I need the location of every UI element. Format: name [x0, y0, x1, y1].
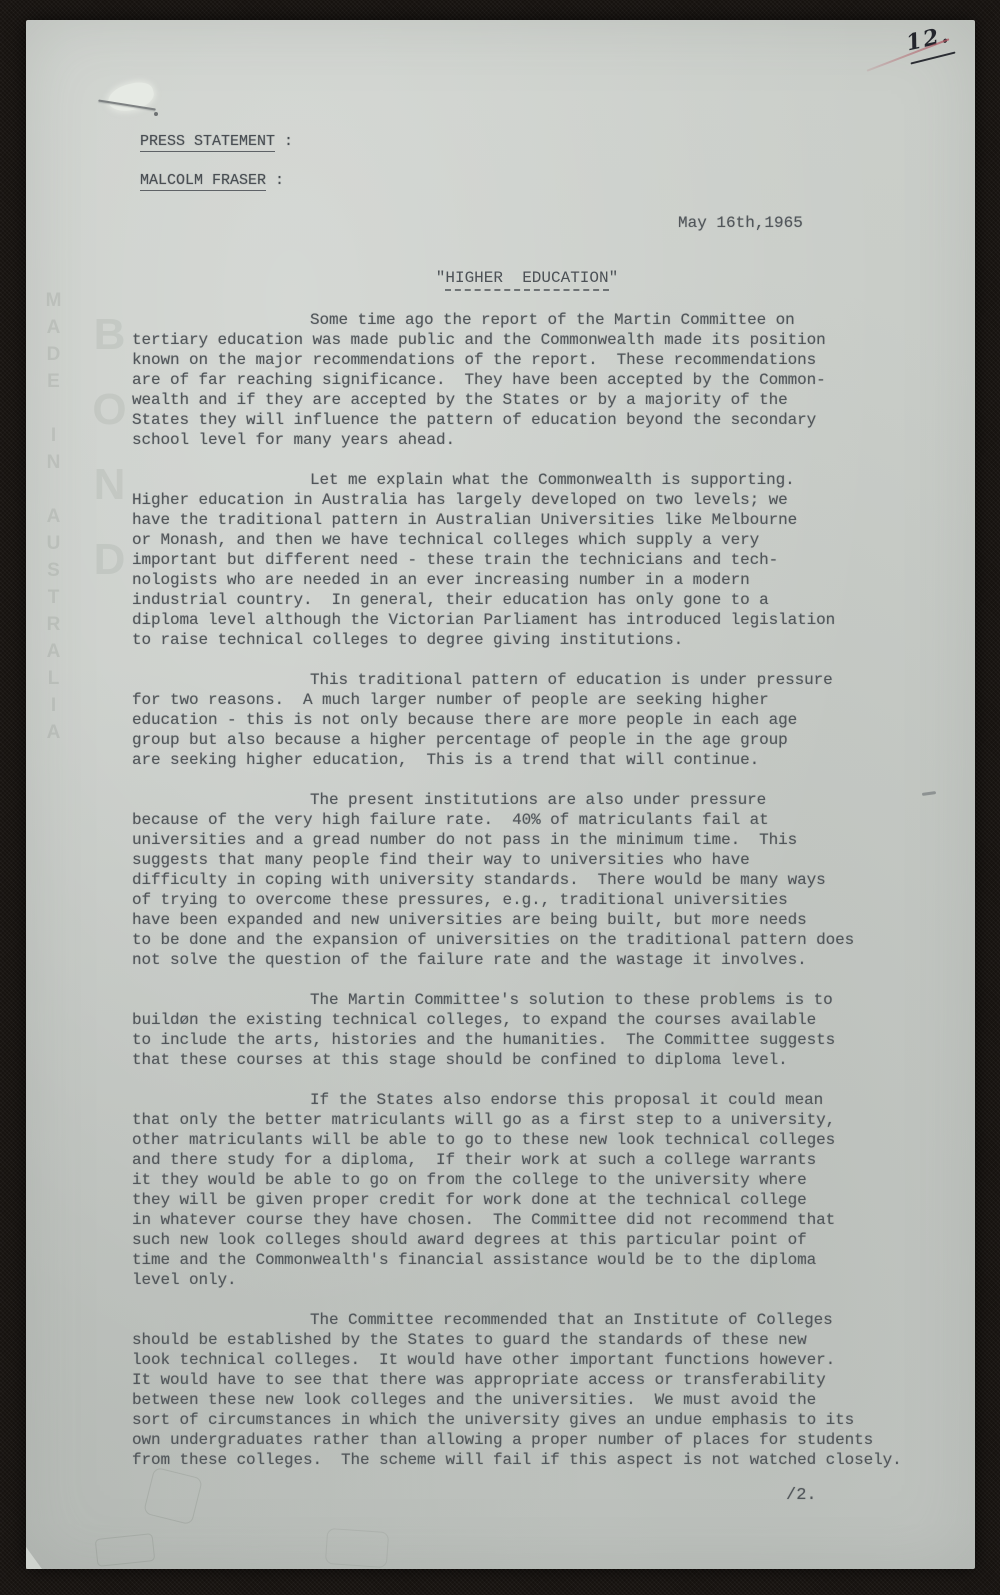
paragraph-7: The Committee recommended that an Instit… — [132, 1310, 932, 1470]
press-statement-line: PRESS STATEMENT : — [140, 133, 293, 150]
paragraph-1: Some time ago the report of the Martin C… — [132, 310, 932, 450]
press-statement-label: PRESS STATEMENT — [140, 133, 275, 152]
paper-watermark-brand: BOND — [84, 310, 134, 610]
embossed-stamp — [95, 1533, 156, 1567]
paragraph-2: Let me explain what the Commonwealth is … — [132, 470, 932, 650]
document-title: "HIGHER EDUCATION" — [132, 269, 922, 287]
title-close-quote: " — [609, 269, 619, 287]
author-label: MALCOLM FRASER — [140, 172, 266, 191]
paper-watermark-origin: MADE IN AUSTRALIA — [42, 290, 64, 749]
embossed-stamp — [325, 1528, 389, 1568]
document-page: MADE IN AUSTRALIA BOND 12. PRESS STATEME… — [26, 20, 975, 1569]
paper-damage-mark — [92, 78, 182, 134]
title-text: HIGHER EDUCATION — [445, 269, 608, 291]
paragraph-4: The present institutions are also under … — [132, 790, 932, 970]
author-line: MALCOLM FRASER : — [140, 172, 284, 189]
paper-corner-fold — [26, 1547, 42, 1569]
document-body: Some time ago the report of the Martin C… — [132, 310, 932, 1490]
title-open-quote: " — [436, 269, 446, 287]
page-continuation-marker: /2. — [786, 1486, 817, 1505]
date-line: May 16th,1965 — [678, 214, 803, 232]
press-statement-colon: : — [275, 133, 293, 150]
paragraph-5: The Martin Committee's solution to these… — [132, 990, 932, 1070]
staple-hole — [154, 112, 158, 116]
paragraph-3: This traditional pattern of education is… — [132, 670, 932, 770]
author-colon: : — [266, 172, 284, 189]
scanned-photo: { "annotations": { "page_number_handwrit… — [0, 0, 1000, 1595]
paper-tear-blob — [106, 79, 157, 115]
paragraph-6: If the States also endorse this proposal… — [132, 1090, 932, 1290]
